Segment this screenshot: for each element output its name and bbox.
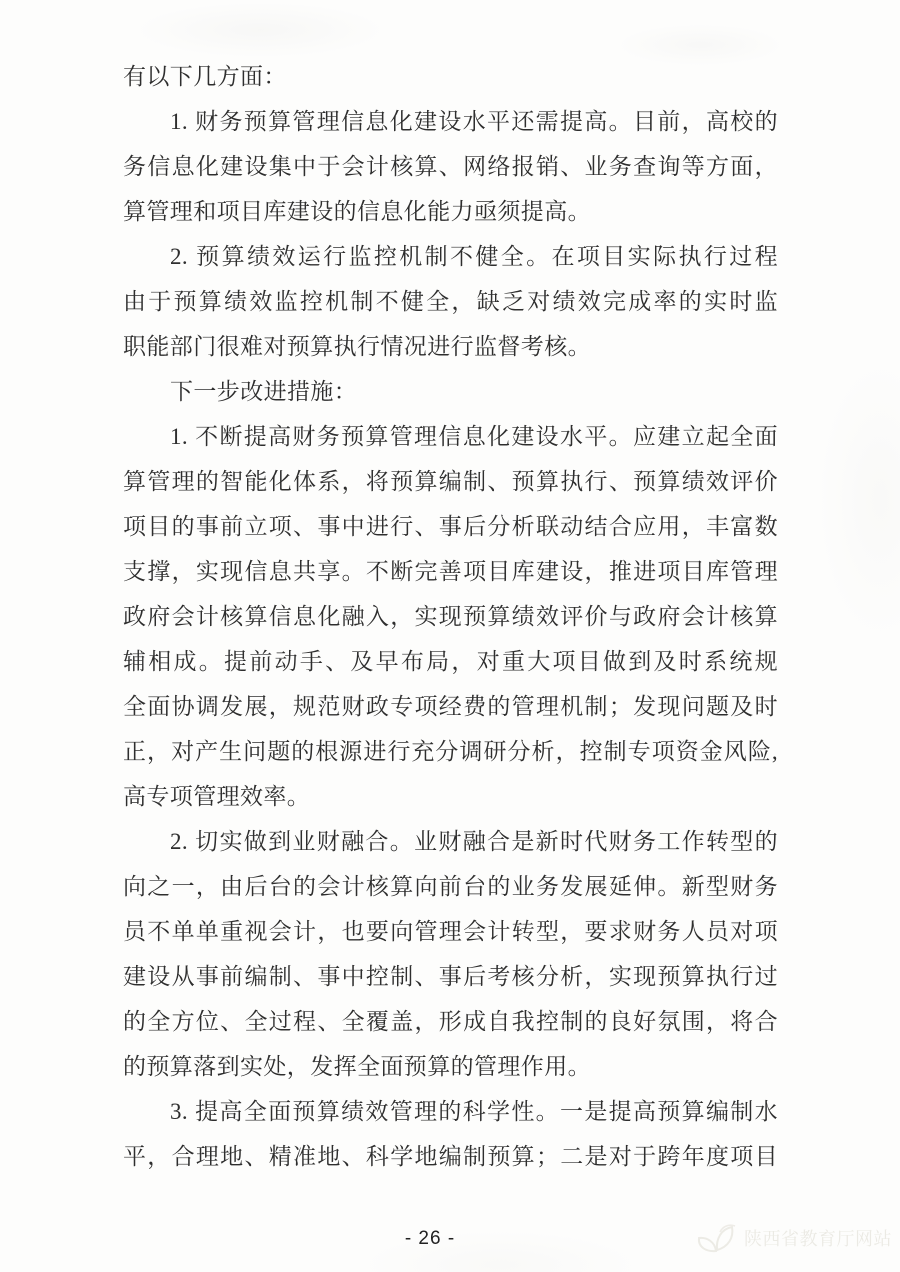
- page-number: - 26 -: [405, 1228, 455, 1250]
- text-line: 向之一，由后台的会计核算向前台的业务发展延伸。新型财务人: [123, 864, 778, 909]
- text-line: 辅相成。提前动手、及早布局，对重大项目做到及时系统规划、: [123, 639, 778, 684]
- text-line: 高专项管理效率。: [123, 774, 778, 819]
- document-body: 有以下几方面：1. 财务预算管理信息化建设水平还需提高。目前，高校的财务信息化建…: [123, 54, 778, 1179]
- text-line: 项目的事前立项、事中进行、事后分析联动结合应用，丰富数据: [123, 504, 778, 549]
- leaf-logo-icon: [696, 1218, 738, 1258]
- text-line: 支撑，实现信息共享。不断完善项目库建设，推进项目库管理与: [123, 549, 778, 594]
- text-line: 员不单单重视会计，也要向管理会计转型，要求财务人员对项目: [123, 909, 778, 954]
- watermark-text: 陕西省教育厅网站: [744, 1225, 892, 1251]
- text-line: 正，对产生问题的根源进行充分调研分析，控制专项资金风险,提: [123, 729, 778, 774]
- text-line: 平，合理地、精准地、科学地编制预算；二是对于跨年度项目编: [123, 1134, 778, 1179]
- text-line: 全面协调发展，规范财政专项经费的管理机制；发现问题及时纠: [123, 684, 778, 729]
- text-line: 职能部门很难对预算执行情况进行监督考核。: [123, 324, 778, 369]
- text-line: 务信息化建设集中于会计核算、网络报销、业务查询等方面，预: [123, 144, 778, 189]
- text-line: 2. 预算绩效运行监控机制不健全。在项目实际执行过程中，: [123, 234, 778, 279]
- text-line: 算管理的智能化体系，将预算编制、预算执行、预算绩效评价与: [123, 459, 778, 504]
- document-page: 有以下几方面：1. 财务预算管理信息化建设水平还需提高。目前，高校的财务信息化建…: [0, 0, 900, 1272]
- text-line: 3. 提高全面预算绩效管理的科学性。一是提高预算编制水: [123, 1089, 778, 1134]
- text-line: 1. 不断提高财务预算管理信息化建设水平。应建立起全面预: [123, 414, 778, 459]
- text-line: 政府会计核算信息化融入，实现预算绩效评价与政府会计核算相: [123, 594, 778, 639]
- watermark: 陕西省教育厅网站: [696, 1218, 892, 1258]
- text-line: 1. 财务预算管理信息化建设水平还需提高。目前，高校的财: [123, 99, 778, 144]
- text-line: 的预算落到实处，发挥全面预算的管理作用。: [123, 1044, 778, 1089]
- text-line: 建设从事前编制、事中控制、事后考核分析，实现预算执行过程: [123, 954, 778, 999]
- text-line: 的全方位、全过程、全覆盖，形成自我控制的良好氛围，将合理: [123, 999, 778, 1044]
- text-line: 有以下几方面：: [123, 54, 778, 99]
- text-line: 2. 切实做到业财融合。业财融合是新时代财务工作转型的方: [123, 819, 778, 864]
- text-line: 算管理和项目库建设的信息化能力亟须提高。: [123, 189, 778, 234]
- text-line: 下一步改进措施：: [123, 369, 778, 414]
- text-line: 由于预算绩效监控机制不健全，缺乏对绩效完成率的实时监控，: [123, 279, 778, 324]
